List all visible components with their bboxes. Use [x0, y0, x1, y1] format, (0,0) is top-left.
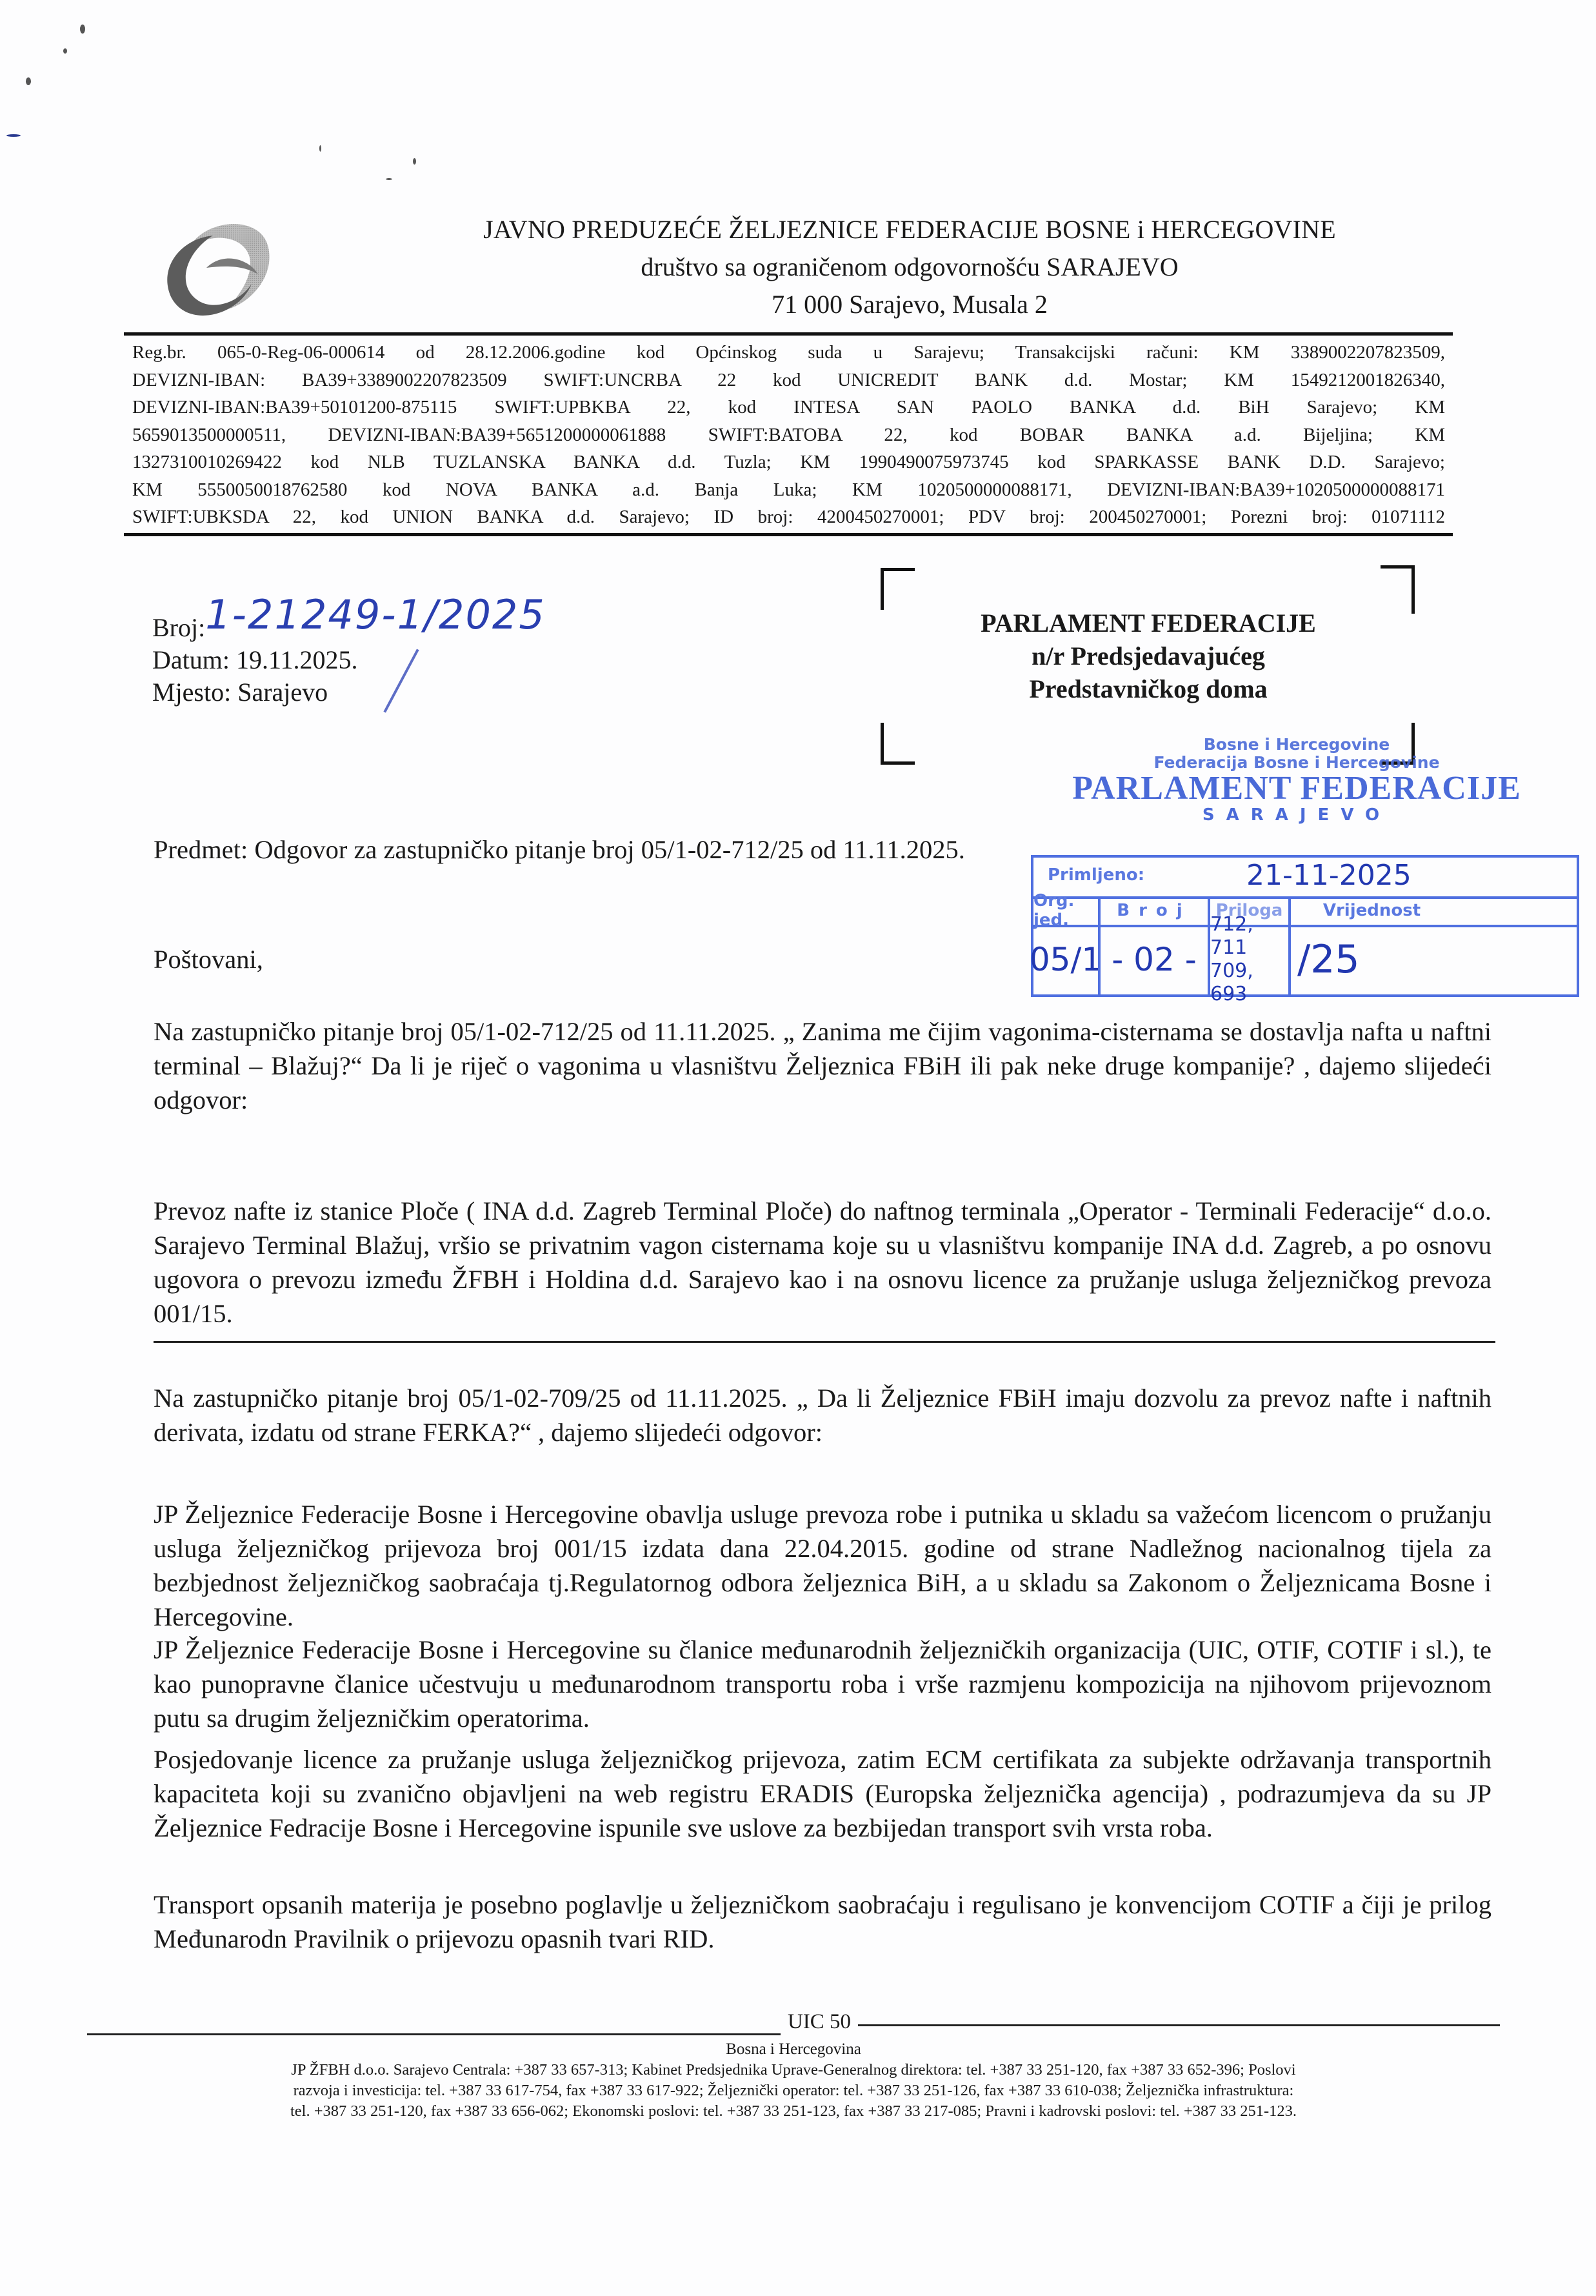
footer-country: Bosna i Hercegovina [87, 2040, 1500, 2059]
bank-info-line: DEVIZNI-IBAN: BA39+3389002207823509 SWIF… [132, 367, 1445, 394]
stamp-received-label: Primljeno: [1048, 865, 1144, 885]
answer-2-paragraph-certification: Posjedovanje licence za pružanje usluga … [154, 1742, 1491, 1845]
scan-speck [319, 145, 321, 152]
document-meta: Broj:1-21249-1/2025 Datum: 19.11.2025. M… [152, 607, 546, 709]
reference-number-handwritten: 1-21249-1/2025 [205, 591, 546, 638]
greeting: Poštovani, [154, 942, 1491, 976]
footer-contact-line: JP ŽFBH d.o.o. Sarajevo Centrala: +387 3… [90, 2060, 1497, 2080]
stamp-header-title: PARLAMENT FEDERACIJE [1052, 772, 1542, 805]
answer-2-paragraph-dangerous-goods: Transport opsanih materija je posebno po… [154, 1888, 1491, 1956]
footer-contact-line: razvoja i investicija: tel. +387 33 617-… [90, 2080, 1497, 2101]
company-legal-form: društvo sa ograničenom odgovornošću SARA… [374, 250, 1445, 284]
scan-speck [63, 48, 67, 54]
stamp-header-city: SARAJEVO [1052, 805, 1542, 825]
address-bracket-top-left [881, 568, 915, 610]
answer-2-paragraph-license: JP Željeznice Federacije Bosne i Hercego… [154, 1497, 1491, 1634]
scan-speck [26, 77, 31, 85]
question-2-paragraph: Na zastupničko pitanje broj 05/1-02-709/… [154, 1381, 1491, 1449]
scan-speck [386, 178, 392, 180]
footer-uic-code: UIC 50 [781, 2010, 858, 2034]
bank-info-line: KM 5550050018762580 kod NOVA BANKA a.d. … [132, 476, 1445, 504]
paragraph-text: Na zastupničko pitanje broj 05/1-02-709/… [154, 1381, 1491, 1449]
bank-info-line: 5659013500000511, DEVIZNI-IBAN:BA39+5651… [132, 421, 1445, 449]
stamp-header-line: Federacija Bosne i Hercegovine [1052, 754, 1542, 772]
question-1-paragraph: Na zastupničko pitanje broj 05/1-02-712/… [154, 1014, 1491, 1117]
bank-info-block: Reg.br. 065-0-Reg-06-000614 od 28.12.200… [132, 339, 1445, 531]
recipient-line: PARLAMENT FEDERACIJE [900, 607, 1397, 639]
answer-2-paragraph-membership: JP Željeznice Federacije Bosne i Hercego… [154, 1633, 1491, 1735]
bank-info-line: 1327310010269422 kod NLB TUZLANSKA BANKA… [132, 448, 1445, 476]
footer-contacts: JP ŽFBH d.o.o. Sarajevo Centrala: +387 3… [90, 2060, 1497, 2122]
stamp-column-header: Broj [1117, 901, 1191, 920]
recipient-line: Predstavničkog doma [900, 672, 1397, 705]
place-label: Mjesto: [152, 678, 231, 707]
answer-separator-rule [154, 1341, 1495, 1343]
subject-line: Predmet: Odgovor za zastupničko pitanje … [154, 832, 1491, 867]
header-rule-bottom [124, 533, 1453, 536]
paragraph-text: JP Željeznice Federacije Bosne i Hercego… [154, 1497, 1491, 1634]
header-rule-top [124, 332, 1453, 336]
company-address: 71 000 Sarajevo, Musala 2 [374, 288, 1445, 321]
footer-contact-line: tel. +387 33 251-120, fax +387 33 656-06… [90, 2101, 1497, 2122]
date-row: Datum: 19.11.2025. [152, 644, 546, 676]
paragraph-text: JP Željeznice Federacije Bosne i Hercego… [154, 1633, 1491, 1735]
footer-rule-left [87, 2033, 781, 2035]
reference-number-row: Broj:1-21249-1/2025 [152, 607, 546, 644]
stamp-column-headers: Org. jed. Broj Priloga Vrijednost [1033, 896, 1577, 927]
recipient-line: n/r Predsjedavajućeg [900, 639, 1397, 672]
footer-rule-right [858, 2024, 1500, 2026]
date-label: Datum: [152, 645, 230, 674]
scan-speck [413, 158, 416, 165]
bank-info-line: Reg.br. 065-0-Reg-06-000614 od 28.12.200… [132, 339, 1445, 367]
bank-info-line: DEVIZNI-IBAN:BA39+50101200-875115 SWIFT:… [132, 394, 1445, 421]
answer-1-paragraph: Prevoz nafte iz stanice Ploče ( INA d.d.… [154, 1194, 1491, 1331]
recipient-block: PARLAMENT FEDERACIJE n/r Predsjedavajuće… [900, 607, 1397, 705]
paragraph-text: Prevoz nafte iz stanice Ploče ( INA d.d.… [154, 1194, 1491, 1331]
scan-speck [6, 134, 21, 137]
bank-info-line: SWIFT:UBKSDA 22, kod UNION BANKA d.d. Sa… [132, 503, 1445, 531]
address-bracket-bottom-left [881, 723, 915, 765]
received-stamp-header: Bosne i Hercegovine Federacija Bosne i H… [1052, 736, 1542, 825]
reference-number-label: Broj: [152, 613, 205, 642]
paragraph-text: Transport opsanih materija je posebno po… [154, 1888, 1491, 1956]
stamp-header-line: Bosne i Hercegovine [1052, 736, 1542, 754]
scan-speck [80, 25, 85, 34]
place-value: Sarajevo [237, 678, 328, 707]
stamp-column-header: Org. jed. [1033, 891, 1098, 930]
paragraph-text: Posjedovanje licence za pružanje usluga … [154, 1742, 1491, 1845]
company-logo-icon [161, 206, 277, 329]
place-row: Mjesto: Sarajevo [152, 676, 546, 709]
paragraph-text: Na zastupničko pitanje broj 05/1-02-712/… [154, 1014, 1491, 1117]
stamp-column-header: Vrijednost [1323, 901, 1421, 920]
company-name: JAVNO PREDUZEĆE ŽELJEZNICE FEDERACIJE BO… [374, 213, 1445, 247]
date-value: 19.11.2025. [236, 645, 358, 674]
